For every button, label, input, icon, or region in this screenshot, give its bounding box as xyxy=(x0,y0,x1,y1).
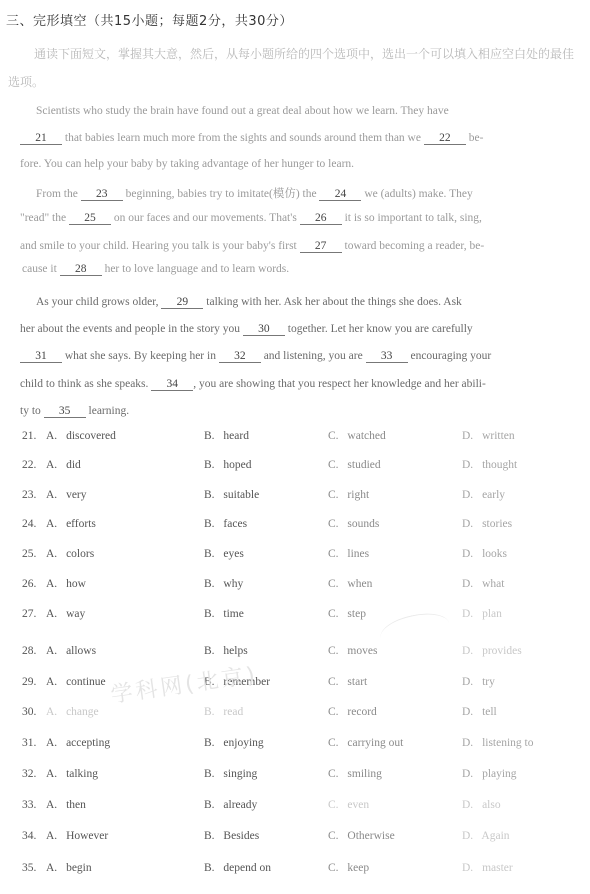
option-letter: C. xyxy=(328,459,339,471)
option-c[interactable]: C. carrying out xyxy=(328,737,403,749)
option-letter: D. xyxy=(462,459,473,471)
passage-text: beginning, babies try to imitate(模仿) the xyxy=(123,188,320,200)
option-text: then xyxy=(63,799,86,811)
option-text: carrying out xyxy=(345,737,404,749)
option-letter: B. xyxy=(204,862,215,874)
option-letter: A. xyxy=(46,737,57,749)
option-text: provides xyxy=(479,645,521,657)
passage-line: and smile to your child. Hearing you tal… xyxy=(20,240,484,253)
passage-text: and smile to your child. Hearing you tal… xyxy=(20,240,300,252)
option-letter: A. xyxy=(46,799,57,811)
option-letter: D. xyxy=(462,489,473,501)
blank-28: 28 xyxy=(60,263,102,276)
option-b[interactable]: B. depend on xyxy=(204,862,271,874)
option-letter: C. xyxy=(328,706,339,718)
passage-text: on our faces and our movements. That's xyxy=(111,212,300,224)
option-letter: D. xyxy=(462,768,473,780)
option-letter: D. xyxy=(462,706,473,718)
option-b[interactable]: B. helps xyxy=(204,645,248,657)
option-text: also xyxy=(479,799,500,811)
option-text: playing xyxy=(479,768,516,780)
option-letter: B. xyxy=(204,799,215,811)
option-text: written xyxy=(479,430,514,442)
option-letter: D. xyxy=(462,578,473,590)
option-b[interactable]: B. Besides xyxy=(204,830,259,842)
option-c[interactable]: C. watched xyxy=(328,430,386,442)
question-row: 31.A. acceptingB. enjoyingC. carrying ou… xyxy=(0,737,590,759)
option-text: heard xyxy=(221,430,249,442)
option-text: try xyxy=(479,676,495,688)
blank-32: 32 xyxy=(219,350,261,363)
option-text: sounds xyxy=(345,518,380,530)
option-b[interactable]: B. singing xyxy=(204,768,257,780)
option-letter: B. xyxy=(204,518,215,530)
passage-text: From the xyxy=(36,188,81,200)
option-text: read xyxy=(221,706,244,718)
option-a[interactable]: A. did xyxy=(46,459,81,471)
option-text: step xyxy=(345,608,366,620)
option-a[interactable]: A. colors xyxy=(46,548,94,560)
option-text: discovered xyxy=(63,430,116,442)
question-number: 34. xyxy=(22,830,36,842)
option-text: even xyxy=(345,799,370,811)
passage-text: toward becoming a reader, be- xyxy=(342,240,485,252)
exam-page: 三、完形填空（共15小题；每题2分，共30分） 通读下面短文，掌握其大意，然后，… xyxy=(0,0,590,894)
question-row: 26.A. howB. whyC. whenD. what xyxy=(0,578,590,600)
option-d[interactable]: D. also xyxy=(462,799,501,811)
question-row: 34.A. HoweverB. BesidesC. OtherwiseD. Ag… xyxy=(0,830,590,852)
question-number: 33. xyxy=(22,799,36,811)
option-text: listening to xyxy=(479,737,533,749)
option-letter: A. xyxy=(46,768,57,780)
question-row: 23.A. veryB. suitableC. rightD. early xyxy=(0,489,590,511)
passage-text: that babies learn much more from the sig… xyxy=(62,132,424,144)
option-letter: A. xyxy=(46,548,57,560)
option-c[interactable]: C. lines xyxy=(328,548,369,560)
passage-line: Scientists who study the brain have foun… xyxy=(36,105,449,117)
option-c[interactable]: C. record xyxy=(328,706,377,718)
blank-24: 24 xyxy=(319,188,361,201)
option-letter: D. xyxy=(462,518,473,530)
option-text: watched xyxy=(345,430,386,442)
blank-23: 23 xyxy=(81,188,123,201)
option-a[interactable]: A. begin xyxy=(46,862,92,874)
blank-33: 33 xyxy=(366,350,408,363)
option-c[interactable]: C. when xyxy=(328,578,372,590)
option-text: already xyxy=(221,799,258,811)
question-number: 23. xyxy=(22,489,36,501)
option-letter: A. xyxy=(46,862,57,874)
option-letter: B. xyxy=(204,459,215,471)
option-c[interactable]: C. even xyxy=(328,799,369,811)
passage-text: what she says. By keeping her in xyxy=(62,350,219,362)
option-d[interactable]: D. listening to xyxy=(462,737,534,749)
option-d[interactable]: D. early xyxy=(462,489,505,501)
option-text: start xyxy=(345,676,368,688)
option-d[interactable]: D. playing xyxy=(462,768,517,780)
passage-line: 21 that babies learn much more from the … xyxy=(20,132,483,145)
question-number: 28. xyxy=(22,645,36,657)
option-d[interactable]: D. plan xyxy=(462,608,502,620)
option-text: studied xyxy=(345,459,381,471)
option-c[interactable]: C. sounds xyxy=(328,518,379,530)
option-text: tell xyxy=(479,706,497,718)
option-letter: C. xyxy=(328,737,339,749)
question-row: 24.A. effortsB. facesC. soundsD. stories xyxy=(0,518,590,540)
option-text: eyes xyxy=(221,548,244,560)
question-number: 21. xyxy=(22,430,36,442)
passage-text: , you are showing that you respect her k… xyxy=(193,378,486,390)
option-a[interactable]: A. how xyxy=(46,578,86,590)
option-a[interactable]: A. discovered xyxy=(46,430,116,442)
option-a[interactable]: A. However xyxy=(46,830,108,842)
option-text: master xyxy=(479,862,513,874)
option-c[interactable]: C. moves xyxy=(328,645,377,657)
option-letter: C. xyxy=(328,799,339,811)
option-letter: B. xyxy=(204,645,215,657)
option-b[interactable]: B. already xyxy=(204,799,257,811)
question-row: 22.A. didB. hopedC. studiedD. thought xyxy=(0,459,590,481)
option-text: However xyxy=(63,830,108,842)
question-number: 31. xyxy=(22,737,36,749)
option-letter: D. xyxy=(462,737,473,749)
option-b[interactable]: B. why xyxy=(204,578,243,590)
passage-line: ty to 35 learning. xyxy=(20,405,129,418)
option-letter: B. xyxy=(204,830,215,842)
option-letter: B. xyxy=(204,706,215,718)
option-letter: B. xyxy=(204,430,215,442)
option-letter: A. xyxy=(46,489,57,501)
option-text: did xyxy=(63,459,81,471)
option-d[interactable]: D. thought xyxy=(462,459,517,471)
option-letter: D. xyxy=(462,608,473,620)
blank-29: 29 xyxy=(161,296,203,309)
option-letter: C. xyxy=(328,518,339,530)
passage-text: we (adults) make. They xyxy=(361,188,472,200)
option-c[interactable]: C. keep xyxy=(328,862,369,874)
question-number: 27. xyxy=(22,608,36,620)
passage-line: child to think as she speaks. 34, you ar… xyxy=(20,378,486,391)
passage-text: encouraging your xyxy=(408,350,492,362)
option-text: keep xyxy=(345,862,370,874)
passage-text: her about the events and people in the s… xyxy=(20,323,243,335)
option-letter: B. xyxy=(204,608,215,620)
option-d[interactable]: D. looks xyxy=(462,548,507,560)
option-text: very xyxy=(63,489,86,501)
option-text: begin xyxy=(63,862,91,874)
option-text: moves xyxy=(345,645,378,657)
option-d[interactable]: D. provides xyxy=(462,645,522,657)
option-d[interactable]: D. Again xyxy=(462,830,510,842)
option-text: Besides xyxy=(221,830,260,842)
option-letter: B. xyxy=(204,578,215,590)
question-number: 30. xyxy=(22,706,36,718)
passage-text: "read" the xyxy=(20,212,69,224)
blank-27: 27 xyxy=(300,240,342,253)
option-letter: D. xyxy=(462,645,473,657)
option-letter: D. xyxy=(462,799,473,811)
option-text: lines xyxy=(345,548,370,560)
option-letter: C. xyxy=(328,489,339,501)
option-text: smiling xyxy=(345,768,382,780)
passage-line: As your child grows older, 29 talking wi… xyxy=(36,296,462,309)
option-c[interactable]: C. start xyxy=(328,676,367,688)
question-row: 27.A. wayB. timeC. stepD. plan xyxy=(0,608,590,630)
instructions: 通读下面短文，掌握其大意，然后，从每小题所给的四个选项中，选出一个可以填入相应空… xyxy=(8,40,583,96)
passage-text: talking with her. Ask her about the thin… xyxy=(203,296,461,308)
passage-text: and listening, you are xyxy=(261,350,366,362)
blank-26: 26 xyxy=(300,212,342,225)
option-a[interactable]: A. accepting xyxy=(46,737,110,749)
blank-34: 34 xyxy=(151,378,193,391)
option-letter: B. xyxy=(204,737,215,749)
option-a[interactable]: A. allows xyxy=(46,645,96,657)
question-row: 33.A. thenB. alreadyC. evenD. also xyxy=(0,799,590,821)
option-b[interactable]: B. suitable xyxy=(204,489,259,501)
blank-30: 30 xyxy=(243,323,285,336)
option-letter: A. xyxy=(46,518,57,530)
passage-text: fore. You can help your baby by taking a… xyxy=(20,158,354,170)
question-number: 25. xyxy=(22,548,36,560)
question-row: 32.A. talkingB. singingC. smilingD. play… xyxy=(0,768,590,790)
option-a[interactable]: A. continue xyxy=(46,676,106,688)
option-text: way xyxy=(63,608,85,620)
option-a[interactable]: A. change xyxy=(46,706,99,718)
option-letter: B. xyxy=(204,548,215,560)
option-b[interactable]: B. faces xyxy=(204,518,247,530)
option-letter: A. xyxy=(46,608,57,620)
option-text: hoped xyxy=(221,459,252,471)
option-a[interactable]: A. efforts xyxy=(46,518,96,530)
option-letter: A. xyxy=(46,676,57,688)
option-letter: A. xyxy=(46,830,57,842)
option-text: Again xyxy=(479,830,509,842)
option-text: change xyxy=(63,706,98,718)
option-b[interactable]: B. heard xyxy=(204,430,249,442)
option-text: remember xyxy=(221,676,271,688)
option-a[interactable]: A. very xyxy=(46,489,87,501)
question-number: 24. xyxy=(22,518,36,530)
option-b[interactable]: B. time xyxy=(204,608,244,620)
option-text: record xyxy=(345,706,377,718)
option-b[interactable]: B. hoped xyxy=(204,459,252,471)
option-text: faces xyxy=(221,518,248,530)
passage-text: her to love language and to learn words. xyxy=(102,263,289,275)
option-text: thought xyxy=(479,459,517,471)
option-b[interactable]: B. enjoying xyxy=(204,737,264,749)
option-c[interactable]: C. right xyxy=(328,489,369,501)
option-a[interactable]: A. then xyxy=(46,799,86,811)
question-row: 21.A. discoveredB. heardC. watchedD. wri… xyxy=(0,430,590,452)
question-row: 29.A. continueB. rememberC. startD. try xyxy=(0,676,590,698)
question-number: 22. xyxy=(22,459,36,471)
option-letter: A. xyxy=(46,706,57,718)
option-letter: C. xyxy=(328,430,339,442)
option-letter: D. xyxy=(462,862,473,874)
question-row: 30.A. changeB. readC. recordD. tell xyxy=(0,706,590,728)
option-c[interactable]: C. studied xyxy=(328,459,381,471)
option-text: enjoying xyxy=(221,737,264,749)
option-text: early xyxy=(479,489,505,501)
passage-line: her about the events and people in the s… xyxy=(20,323,473,336)
option-text: why xyxy=(221,578,244,590)
option-text: plan xyxy=(479,608,502,620)
option-text: stories xyxy=(479,518,512,530)
option-d[interactable]: D. what xyxy=(462,578,504,590)
option-text: when xyxy=(345,578,373,590)
option-d[interactable]: D. try xyxy=(462,676,495,688)
passage-line: cause it 28 her to love language and to … xyxy=(22,263,289,276)
question-row: 28.A. allowsB. helpsC. movesD. provides xyxy=(0,645,590,667)
option-letter: C. xyxy=(328,830,339,842)
option-letter: D. xyxy=(462,430,473,442)
option-b[interactable]: B. eyes xyxy=(204,548,244,560)
option-text: helps xyxy=(221,645,248,657)
blank-35: 35 xyxy=(44,405,86,418)
passage-line: "read" the 25 on our faces and our movem… xyxy=(20,212,482,225)
option-d[interactable]: D. written xyxy=(462,430,515,442)
option-letter: B. xyxy=(204,768,215,780)
option-letter: C. xyxy=(328,608,339,620)
option-a[interactable]: A. way xyxy=(46,608,85,620)
blank-25: 25 xyxy=(69,212,111,225)
option-letter: C. xyxy=(328,645,339,657)
option-letter: C. xyxy=(328,548,339,560)
option-letter: D. xyxy=(462,830,473,842)
option-c[interactable]: C. step xyxy=(328,608,366,620)
option-letter: A. xyxy=(46,645,57,657)
question-row: 35.A. beginB. depend onC. keepD. master xyxy=(0,862,590,884)
option-text: efforts xyxy=(63,518,96,530)
option-text: Otherwise xyxy=(345,830,395,842)
option-letter: A. xyxy=(46,430,57,442)
option-text: allows xyxy=(63,645,96,657)
passage-text: Scientists who study the brain have foun… xyxy=(36,105,449,117)
option-c[interactable]: C. smiling xyxy=(328,768,382,780)
option-b[interactable]: B. remember xyxy=(204,676,270,688)
question-number: 26. xyxy=(22,578,36,590)
question-number: 35. xyxy=(22,862,36,874)
question-number: 32. xyxy=(22,768,36,780)
passage-line: 31 what she says. By keeping her in 32 a… xyxy=(20,350,491,363)
option-letter: C. xyxy=(328,862,339,874)
option-text: accepting xyxy=(63,737,110,749)
passage-text: together. Let her know you are carefully xyxy=(285,323,473,335)
passage-line: fore. You can help your baby by taking a… xyxy=(20,158,354,170)
option-text: depend on xyxy=(221,862,271,874)
passage-text: child to think as she speaks. xyxy=(20,378,151,390)
option-letter: B. xyxy=(204,489,215,501)
option-text: looks xyxy=(479,548,507,560)
blank-22: 22 xyxy=(424,132,466,145)
option-letter: A. xyxy=(46,459,57,471)
passage-line: From the 23 beginning, babies try to imi… xyxy=(36,185,473,201)
option-text: suitable xyxy=(221,489,260,501)
blank-21: 21 xyxy=(20,132,62,145)
option-text: colors xyxy=(63,548,94,560)
passage-text: be- xyxy=(466,132,484,144)
passage-text: As your child grows older, xyxy=(36,296,161,308)
option-text: what xyxy=(479,578,504,590)
option-a[interactable]: A. talking xyxy=(46,768,98,780)
option-letter: B. xyxy=(204,676,215,688)
passage-text: learning. xyxy=(86,405,129,417)
option-letter: A. xyxy=(46,578,57,590)
option-text: time xyxy=(221,608,244,620)
option-d[interactable]: D. tell xyxy=(462,706,497,718)
option-text: right xyxy=(345,489,370,501)
question-number: 29. xyxy=(22,676,36,688)
blank-31: 31 xyxy=(20,350,62,363)
option-text: singing xyxy=(221,768,258,780)
option-d[interactable]: D. master xyxy=(462,862,513,874)
option-letter: D. xyxy=(462,676,473,688)
option-text: continue xyxy=(63,676,105,688)
option-text: how xyxy=(63,578,86,590)
section-title: 三、完形填空（共15小题；每题2分，共30分） xyxy=(6,10,293,29)
option-letter: D. xyxy=(462,548,473,560)
passage-text: cause it xyxy=(22,263,60,275)
option-b[interactable]: B. read xyxy=(204,706,243,718)
option-letter: C. xyxy=(328,578,339,590)
option-letter: C. xyxy=(328,768,339,780)
question-row: 25.A. colorsB. eyesC. linesD. looks xyxy=(0,548,590,570)
option-text: talking xyxy=(63,768,98,780)
option-d[interactable]: D. stories xyxy=(462,518,512,530)
passage-text: ty to xyxy=(20,405,44,417)
passage-text: it is so important to talk, sing, xyxy=(342,212,482,224)
option-c[interactable]: C. Otherwise xyxy=(328,830,395,842)
option-letter: C. xyxy=(328,676,339,688)
